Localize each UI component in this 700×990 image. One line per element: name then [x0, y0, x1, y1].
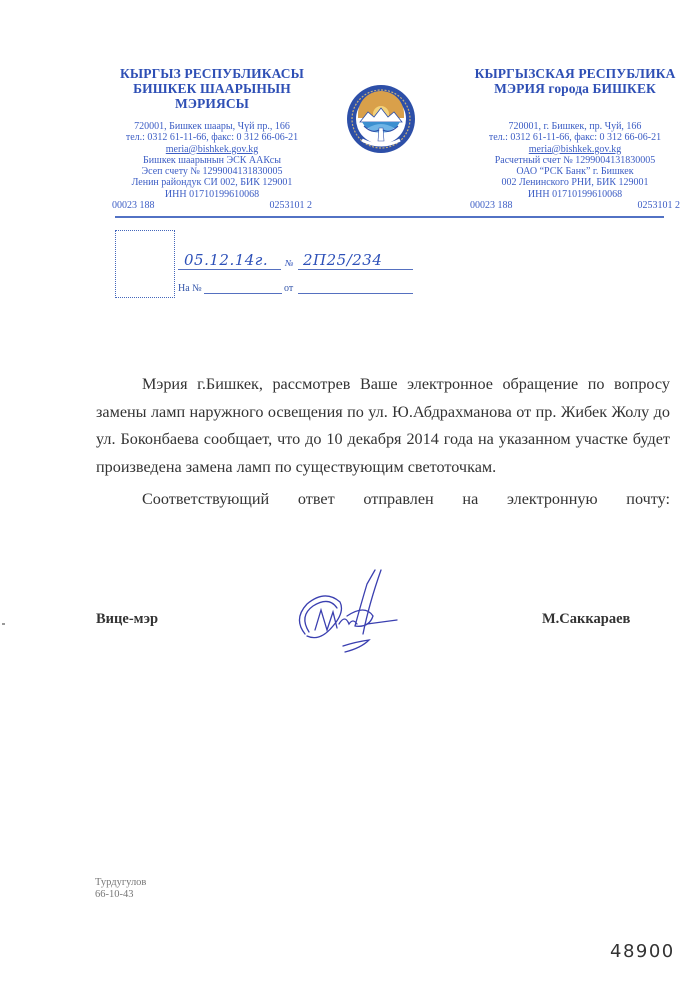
letterhead-title-line: МЭРИЯСЫ: [112, 96, 312, 111]
document-serial-number: 48900: [610, 941, 675, 962]
executor-info: Турдугулов 66-10-43: [95, 877, 146, 900]
codes-row: 00023 188 0253101 2: [470, 200, 680, 211]
bank-line: ИНН 01710199610068: [470, 189, 680, 200]
body-paragraph: Соответствующий ответ отправлен на элект…: [96, 486, 670, 514]
letterhead-title-line: КЫРГЫЗСКАЯ РЕСПУБЛИКА: [470, 66, 680, 81]
outgoing-date: 05.12.14г.: [184, 251, 268, 269]
outgoing-registration-row: 05.12.14г. № 2П25/234: [178, 248, 413, 270]
letterhead-kyrgyz: КЫРГЫЗ РЕСПУБЛИКАСЫ БИШКЕК ШААРЫНЫН МЭРИ…: [112, 66, 312, 111]
email-link[interactable]: meria@bishkek.gov.kg: [112, 144, 312, 155]
bank-line: Бишкек шаарынын ЭСК ААКсы: [112, 155, 312, 166]
reply-from-date-field: [298, 281, 413, 294]
code-left: 00023 188: [470, 200, 513, 211]
phone-fax: тел.: 0312 61-11-66, факс: 0 312 66-06-2…: [470, 132, 680, 143]
reply-from-label: от: [284, 283, 293, 294]
email-link[interactable]: meria@bishkek.gov.kg: [470, 144, 680, 155]
letterhead-contact-info: 720001, г. Бишкек, пр. Чуй, 166 тел.: 03…: [470, 121, 680, 211]
address: 720001, г. Бишкек, пр. Чуй, 166: [470, 121, 680, 132]
reply-to-number-label: На №: [178, 283, 202, 294]
code-left: 00023 188: [112, 200, 155, 211]
body-paragraph: Мэрия г.Бишкек, рассмотрев Ваше электрон…: [96, 371, 670, 481]
outgoing-number: 2П25/234: [303, 251, 382, 269]
bank-line: ИНН 01710199610068: [112, 189, 312, 200]
handwritten-signature-icon: [285, 564, 415, 664]
executor-name: Турдугулов: [95, 877, 146, 889]
executor-phone: 66-10-43: [95, 889, 146, 901]
address: 720001, Бишкек шаары, Чүй пр., 166: [112, 121, 312, 132]
letterhead-title-line: БИШКЕК ШААРЫНЫН: [112, 81, 312, 96]
letterhead-contact-info: 720001, Бишкек шаары, Чүй пр., 166 тел.:…: [112, 121, 312, 211]
letterhead-title-line: КЫРГЫЗ РЕСПУБЛИКАСЫ: [112, 66, 312, 81]
signatory-name: М.Саккараев: [542, 611, 630, 628]
stamp-placeholder-box: [115, 230, 175, 298]
letterhead-russian: КЫРГЫЗСКАЯ РЕСПУБЛИКА МЭРИЯ города БИШКЕ…: [470, 66, 680, 96]
bank-line: 002 Ленинского РНИ, БИК 129001: [470, 177, 680, 188]
bank-line: Эсеп счету № 1299004131830005: [112, 166, 312, 177]
letterhead-title-line: МЭРИЯ города БИШКЕК: [470, 81, 680, 96]
kyrgyz-state-emblem-icon: [346, 84, 416, 154]
code-right: 0253101 2: [270, 200, 313, 211]
bank-line: Расчетный счет № 1299004131830005: [470, 155, 680, 166]
code-right: 0253101 2: [638, 200, 681, 211]
codes-row: 00023 188 0253101 2: [112, 200, 312, 211]
signatory-position: Вице-мэр: [96, 611, 158, 628]
letterhead-divider: [115, 216, 664, 218]
reply-reference-row: На № от: [178, 280, 413, 294]
number-label: №: [285, 258, 294, 268]
bank-line: Ленин райондук СИ 002, БИК 129001: [112, 177, 312, 188]
bank-line: ОАО “РСК Банк” г. Бишкек: [470, 166, 680, 177]
reply-to-number-field: [204, 281, 282, 294]
scan-margin-mark: [2, 623, 5, 625]
phone-fax: тел.: 0312 61-11-66, факс: 0 312 66-06-2…: [112, 132, 312, 143]
letter-body: Мэрия г.Бишкек, рассмотрев Ваше электрон…: [96, 371, 670, 514]
